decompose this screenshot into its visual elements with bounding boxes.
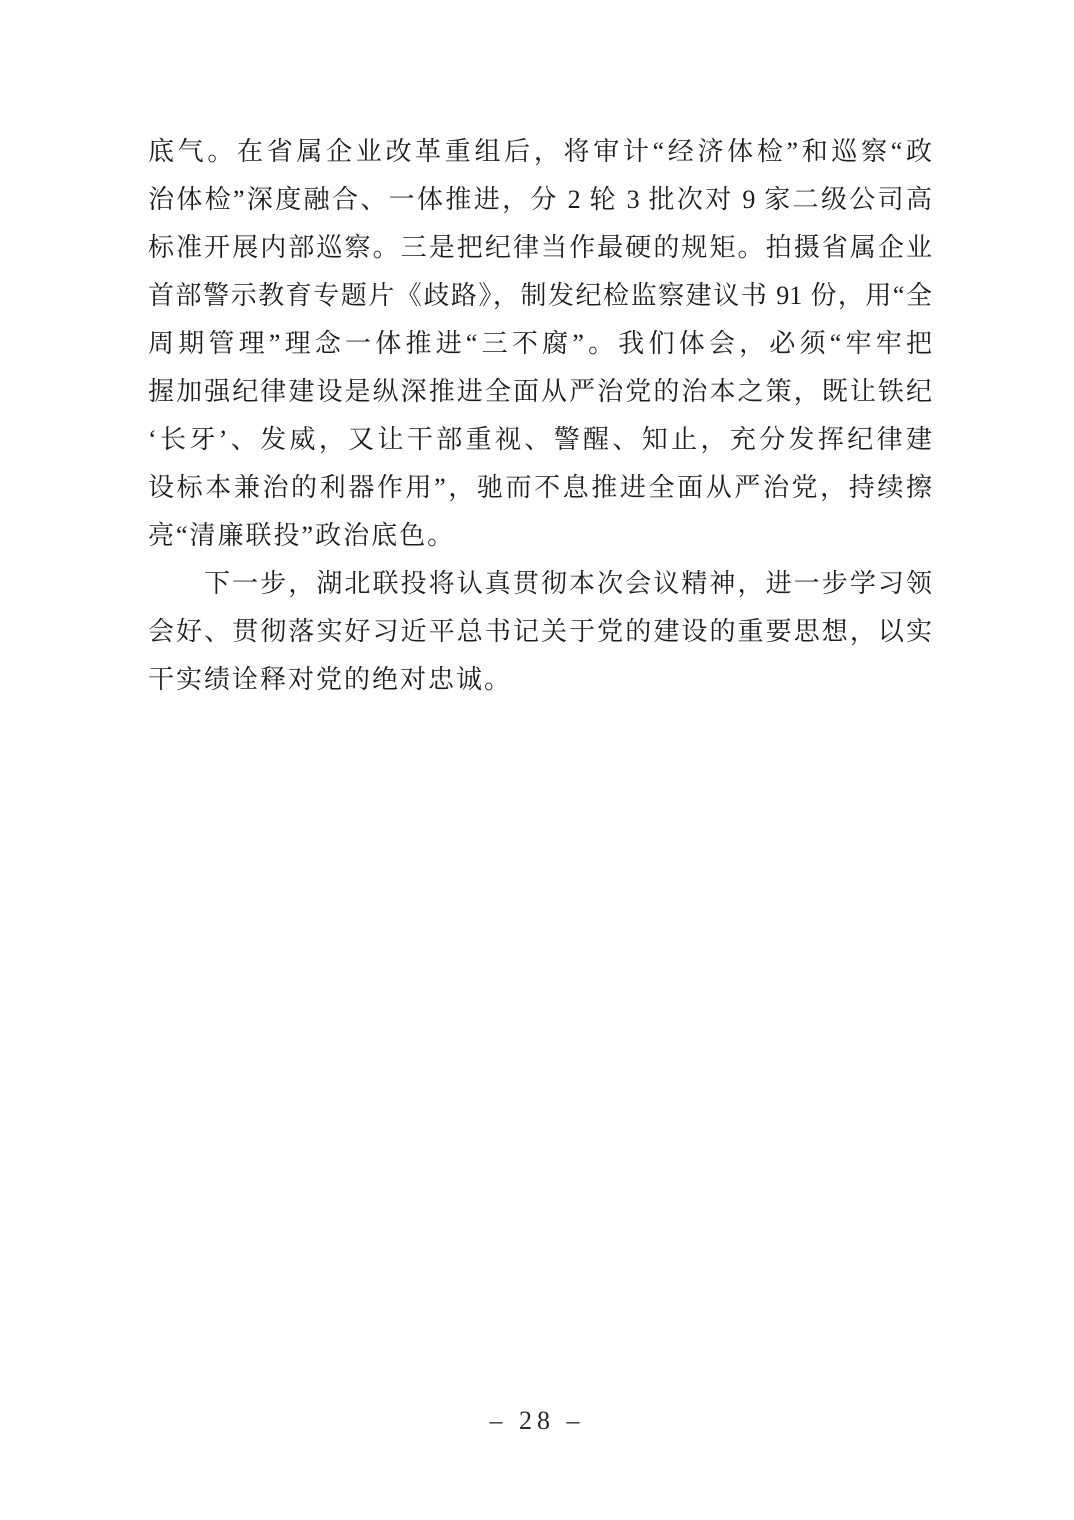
text-line: 周期管理”理念一体推进“三不腐”。我们体会，必须“牢牢把 — [148, 320, 932, 368]
document-body: 底气。在省属企业改革重组后，将审计“经济体检”和巡察“政治体检”深度融合、一体推… — [148, 128, 932, 704]
page-number: – 28 – — [490, 1406, 585, 1435]
text-line: 亮“清廉联投”政治底色。 — [148, 512, 932, 560]
text-line: ‘长牙’、发威，又让干部重视、警醒、知止，充分发挥纪律建 — [148, 416, 932, 464]
text-line: 握加强纪律建设是纵深推进全面从严治党的治本之策，既让铁纪 — [148, 368, 932, 416]
text-line: 设标本兼治的利器作用”，驰而不息推进全面从严治党，持续擦 — [148, 464, 932, 512]
text-line: 底气。在省属企业改革重组后，将审计“经济体检”和巡察“政 — [148, 128, 932, 176]
text-line: 治体检”深度融合、一体推进，分 2 轮 3 批次对 9 家二级公司高 — [148, 176, 932, 224]
paragraph-1: 底气。在省属企业改革重组后，将审计“经济体检”和巡察“政治体检”深度融合、一体推… — [148, 128, 932, 560]
text-line: 首部警示教育专题片《歧路》，制发纪检监察建议书 91 份，用“全 — [148, 272, 932, 320]
text-line: 标准开展内部巡察。三是把纪律当作最硬的规矩。拍摄省属企业 — [148, 224, 932, 272]
paragraph-2: 下一步，湖北联投将认真贯彻本次会议精神，进一步学习领会好、贯彻落实好习近平总书记… — [148, 560, 932, 704]
text-line: 会好、贯彻落实好习近平总书记关于党的建设的重要思想，以实 — [148, 608, 932, 656]
text-line: 干实绩诠释对党的绝对忠诚。 — [148, 656, 932, 704]
text-line: 下一步，湖北联投将认真贯彻本次会议精神，进一步学习领 — [148, 560, 932, 608]
page-footer: – 28 – — [0, 1406, 1074, 1436]
document-page: 底气。在省属企业改革重组后，将审计“经济体检”和巡察“政治体检”深度融合、一体推… — [0, 0, 1074, 1520]
